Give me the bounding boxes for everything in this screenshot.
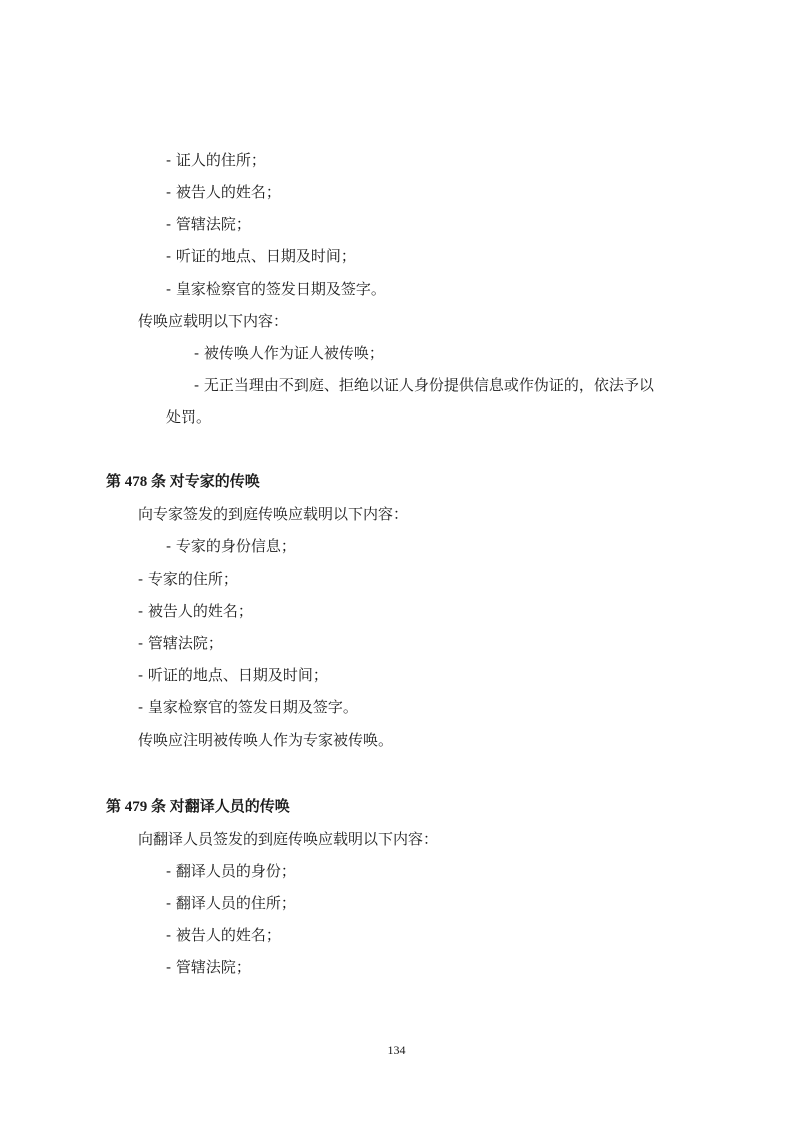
list-item: - 翻译人员的身份； — [166, 861, 296, 881]
page-number: 134 — [0, 1043, 793, 1058]
paragraph: 向翻译人员签发的到庭传唤应载明以下内容： — [138, 829, 438, 849]
list-item: - 被告人的姓名； — [166, 925, 281, 945]
list-item: - 被告人的姓名； — [138, 601, 253, 621]
list-item: - 管辖法院； — [166, 214, 251, 234]
list-item: - 听证的地点、日期及时间； — [138, 665, 328, 685]
list-item: - 无正当理由不到庭、拒绝以证人身份提供信息或作伪证的，依法予以 — [194, 375, 654, 395]
list-item: - 被传唤人作为证人被传唤； — [194, 343, 384, 363]
list-item: - 皇家检察官的签发日期及签字。 — [166, 279, 386, 299]
article-heading: 第 478 条 对专家的传唤 — [106, 472, 260, 492]
list-item: - 证人的住所； — [166, 150, 266, 170]
list-item: - 管辖法院； — [138, 633, 223, 653]
paragraph: 处罚。 — [166, 407, 211, 427]
paragraph: 传唤应注明被传唤人作为专家被传唤。 — [138, 730, 393, 750]
article-heading: 第 479 条 对翻译人员的传唤 — [106, 797, 290, 817]
list-item: - 专家的身份信息； — [166, 536, 296, 556]
list-item: - 专家的住所； — [138, 569, 238, 589]
list-item: - 皇家检察官的签发日期及签字。 — [138, 697, 358, 717]
list-item: - 管辖法院； — [166, 957, 251, 977]
list-item: - 被告人的姓名； — [166, 182, 281, 202]
list-item: - 翻译人员的住所； — [166, 893, 296, 913]
paragraph: 向专家签发的到庭传唤应载明以下内容： — [138, 504, 408, 524]
paragraph: 传唤应载明以下内容： — [138, 311, 288, 331]
list-item: - 听证的地点、日期及时间； — [166, 246, 356, 266]
